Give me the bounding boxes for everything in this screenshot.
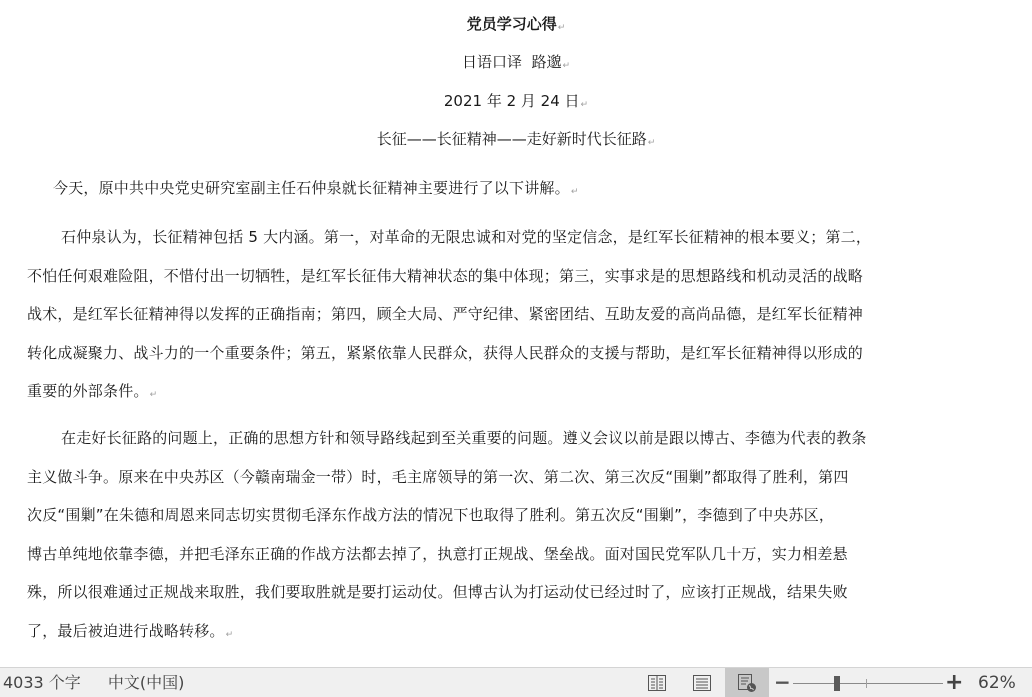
print-layout-button[interactable]	[680, 668, 724, 697]
web-layout-button[interactable]	[725, 668, 769, 697]
document-page[interactable]: 党员学习心得↵ 日语口译 路邈↵ 2021 年 2 月 24 日↵ 长征——长征…	[0, 0, 1032, 667]
read-mode-button[interactable]	[635, 668, 679, 697]
document-subtitle: 长征——长征精神——走好新时代长征路↵	[0, 129, 1032, 153]
paragraph-line: 博古单纯地依靠李德，并把毛泽东正确的作战方法都去掉了，执意打正规战、堡垒战。面对…	[27, 544, 1007, 583]
paragraph-2: 石仲泉认为，长征精神包括 5 大内涵。第一，对革命的无限忠诚和对党的坚定信念，是…	[27, 227, 1007, 420]
book-icon	[647, 674, 667, 692]
paragraph-line: 在走好长征路的问题上，正确的思想方针和领导路线起到至关重要的问题。遵义会议以前是…	[27, 428, 1007, 467]
document-date: 2021 年 2 月 24 日↵	[0, 91, 1032, 115]
paragraph-line: 了，最后被迫进行战略转移。↵	[27, 621, 1007, 660]
zoom-out-button[interactable]: −	[774, 672, 790, 694]
paragraph-line: 主义做斗争。原来在中央苏区（今赣南瑞金一带）时，毛主席领导的第一次、第二次、第三…	[27, 467, 1007, 506]
paragraph-mark: ↵	[150, 390, 158, 400]
paragraph-line: 不怕任何艰难险阻，不惜付出一切牺牲，是红军长征伟大精神状态的集中体现；第三，实事…	[27, 266, 1007, 305]
paragraph-1: 今天，原中共中央党史研究室副主任石仲泉就长征精神主要进行了以下讲解。↵	[27, 178, 1007, 217]
zoom-in-button[interactable]: +	[945, 671, 963, 695]
paragraph-line: 石仲泉认为，长征精神包括 5 大内涵。第一，对革命的无限忠诚和对党的坚定信念，是…	[27, 227, 1007, 266]
author-line: 日语口译 路邈↵	[0, 52, 1032, 76]
zoom-slider-thumb[interactable]	[834, 676, 840, 691]
paragraph-mark: ↵	[558, 23, 566, 33]
paragraph-line: 转化成凝聚力、战斗力的一个重要条件；第五，紧紧依靠人民群众，获得人民群众的支援与…	[27, 343, 1007, 382]
paragraph-mark: ↵	[648, 138, 656, 148]
zoom-slider-track[interactable]	[793, 683, 943, 684]
document-title: 党员学习心得↵	[0, 14, 1032, 38]
zoom-level[interactable]: 62%	[978, 673, 1016, 693]
paragraph-line: 重要的外部条件。↵	[27, 381, 1007, 420]
paragraph-mark: ↵	[581, 100, 589, 110]
paragraph-3: 在走好长征路的问题上，正确的思想方针和领导路线起到至关重要的问题。遵义会议以前是…	[27, 428, 1007, 659]
status-bar: 4033 个字 中文(中国) − + 62%	[0, 667, 1032, 697]
paragraph-line: 今天，原中共中央党史研究室副主任石仲泉就长征精神主要进行了以下讲解。↵	[27, 178, 1007, 217]
language-indicator[interactable]: 中文(中国)	[108, 673, 185, 692]
paragraph-line: 殊，所以很难通过正规战来取胜，我们要取胜就是要打运动仗。但博古认为打运动仗已经过…	[27, 582, 1007, 621]
page-icon	[692, 674, 712, 692]
paragraph-line: 次反“围剿”在朱德和周恩来同志切实贯彻毛泽东作战方法的情况下也取得了胜利。第五次…	[27, 505, 1007, 544]
paragraph-mark: ↵	[563, 61, 571, 71]
paragraph-mark: ↵	[226, 630, 234, 640]
paragraph-line: 战术，是红军长征精神得以发挥的正确指南；第四，顾全大局、严守纪律、紧密团结、互助…	[27, 304, 1007, 343]
web-page-icon	[736, 673, 758, 693]
word-count[interactable]: 4033 个字	[3, 673, 81, 692]
paragraph-mark: ↵	[571, 187, 579, 197]
zoom-100-tick	[866, 679, 867, 688]
